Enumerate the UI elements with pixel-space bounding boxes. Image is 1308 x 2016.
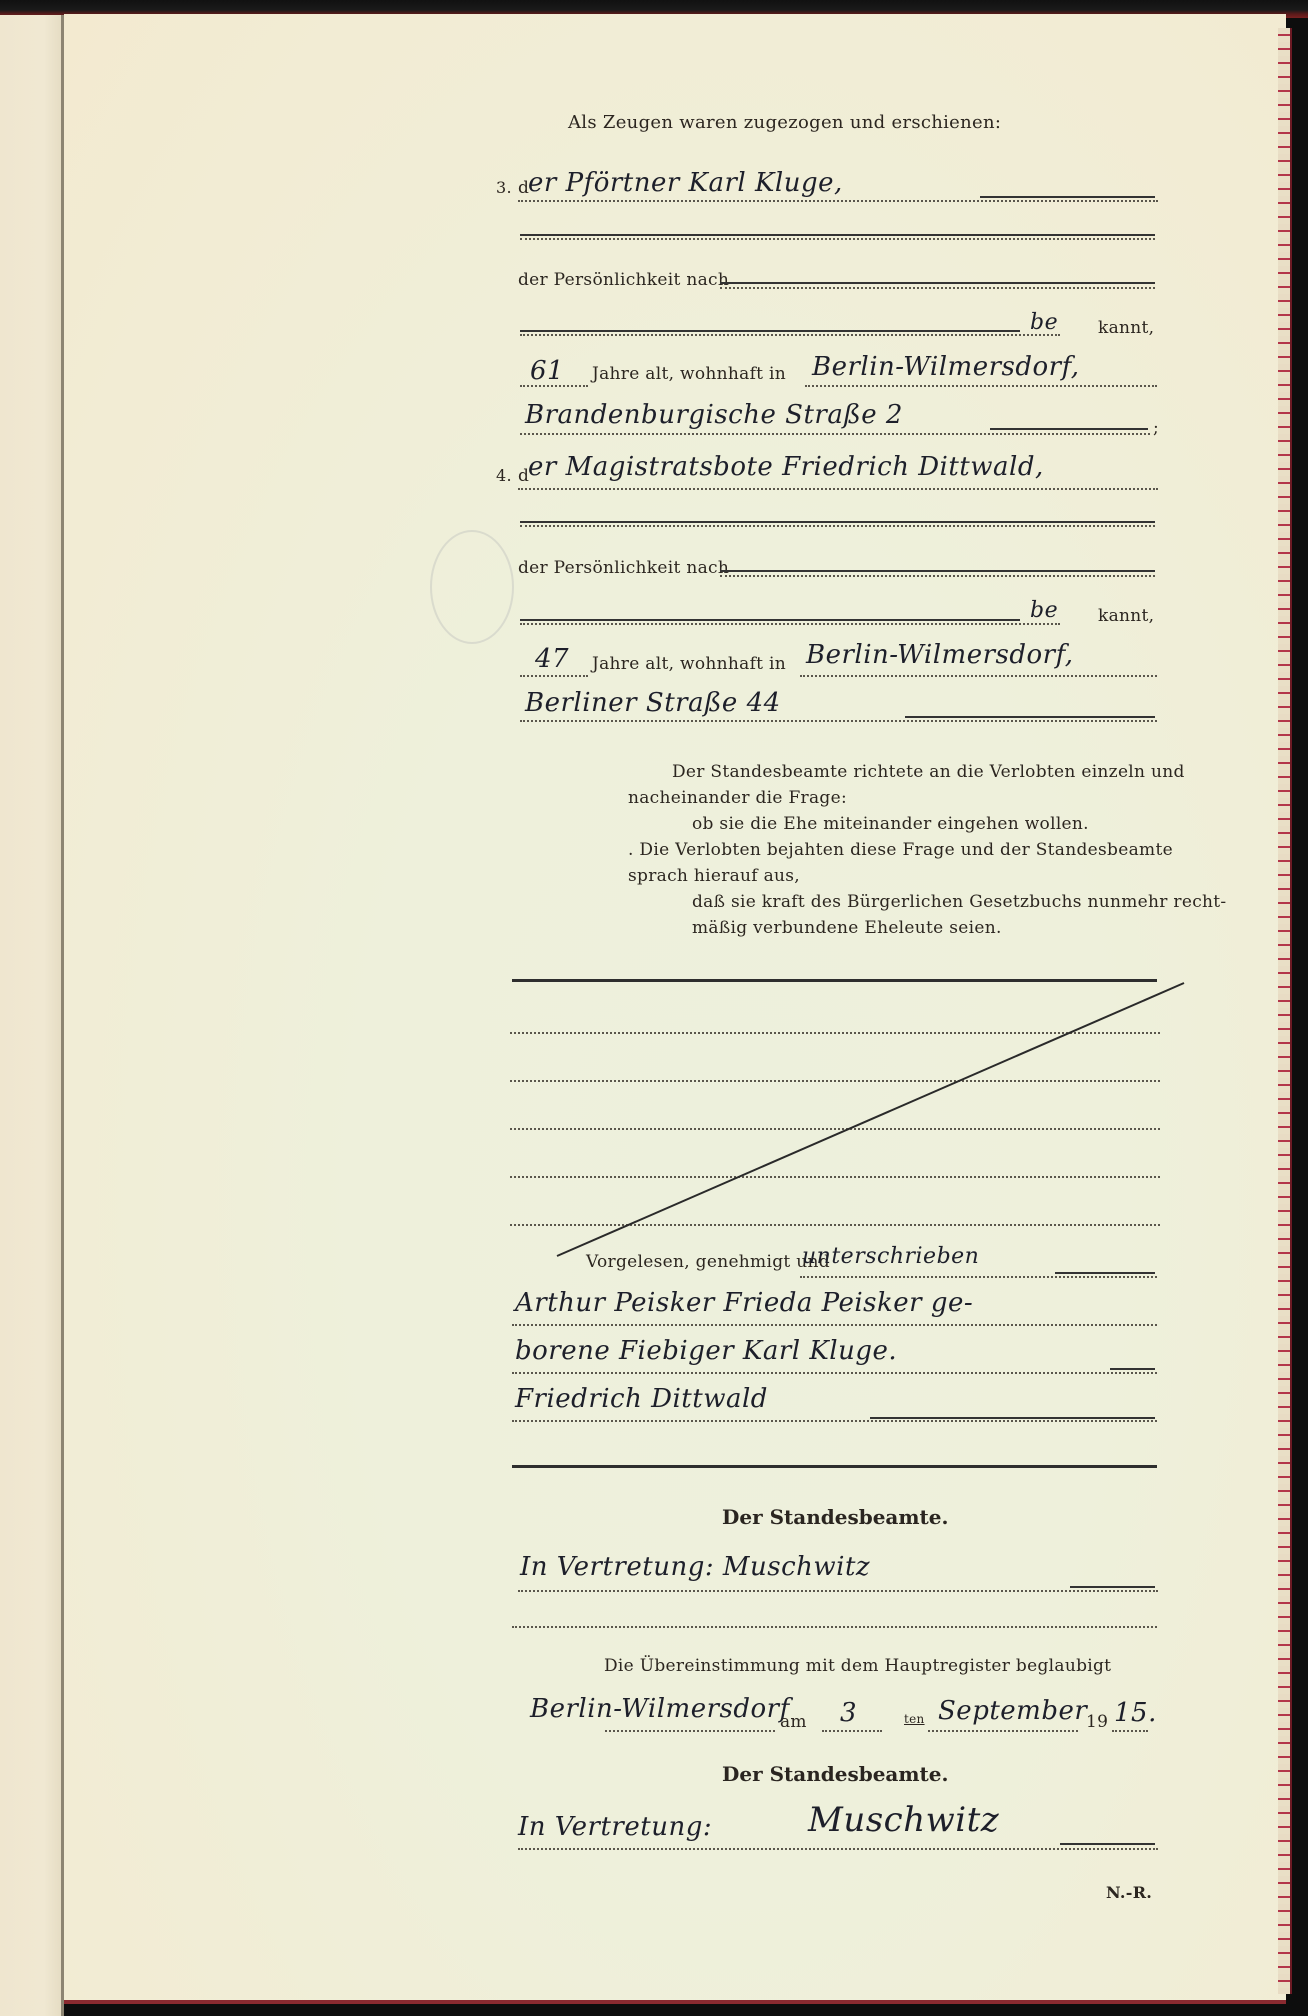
signature-rule-1 [512,1324,1157,1326]
certification-month: September [938,1696,1087,1726]
signature-rule-3 [512,1420,1157,1422]
certification-month-line [928,1730,1078,1732]
closing-line [800,1276,1157,1278]
certification-day-suffix: ten [904,1712,925,1726]
registrar-line [518,1590,1158,1592]
signature-bottom-rule [512,1465,1157,1468]
certification-place-line [605,1730,775,1732]
closing-handwritten: unterschrieben [802,1244,979,1269]
certification-am: am [780,1712,807,1732]
registrar2-signature: Muschwitz [808,1800,999,1840]
certification-year-suffix: 15. [1114,1698,1157,1728]
signature-rule-2 [512,1372,1157,1374]
certification-day: 3 [840,1698,857,1728]
certification-year-line [1112,1730,1148,1732]
certification-day-line [822,1730,882,1732]
registrar2-line [518,1848,1158,1850]
closing-label: Vorgelesen, genehmigt und [586,1252,830,1272]
signature-2-stroke [1110,1368,1155,1370]
signature-line-1: Arthur Peisker Frieda Peisker ge- [515,1288,973,1318]
registrar-stroke [1070,1586,1155,1588]
registrar2-title: Der Standesbeamte. [722,1762,948,1786]
separator-rule [512,1626,1157,1628]
registrar2-signature-prefix: In Vertretung: [518,1812,712,1842]
registrar2-stroke [1060,1843,1155,1845]
footer-mark: N.-R. [1106,1883,1152,1902]
certification-year-prefix: 19 [1086,1712,1108,1732]
signature-3-stroke [870,1417,1155,1419]
signature-line-2: borene Fiebiger Karl Kluge. [515,1336,897,1366]
certification-text: Die Übereinstimmung mit dem Hauptregiste… [604,1656,1111,1676]
certification-place: Berlin-Wilmersdorf [530,1694,790,1724]
registrar-title: Der Standesbeamte. [722,1505,948,1529]
signature-line-3: Friedrich Dittwald [515,1384,768,1414]
closing-stroke [1055,1272,1155,1274]
registrar-signature: In Vertretung: Muschwitz [520,1552,870,1582]
